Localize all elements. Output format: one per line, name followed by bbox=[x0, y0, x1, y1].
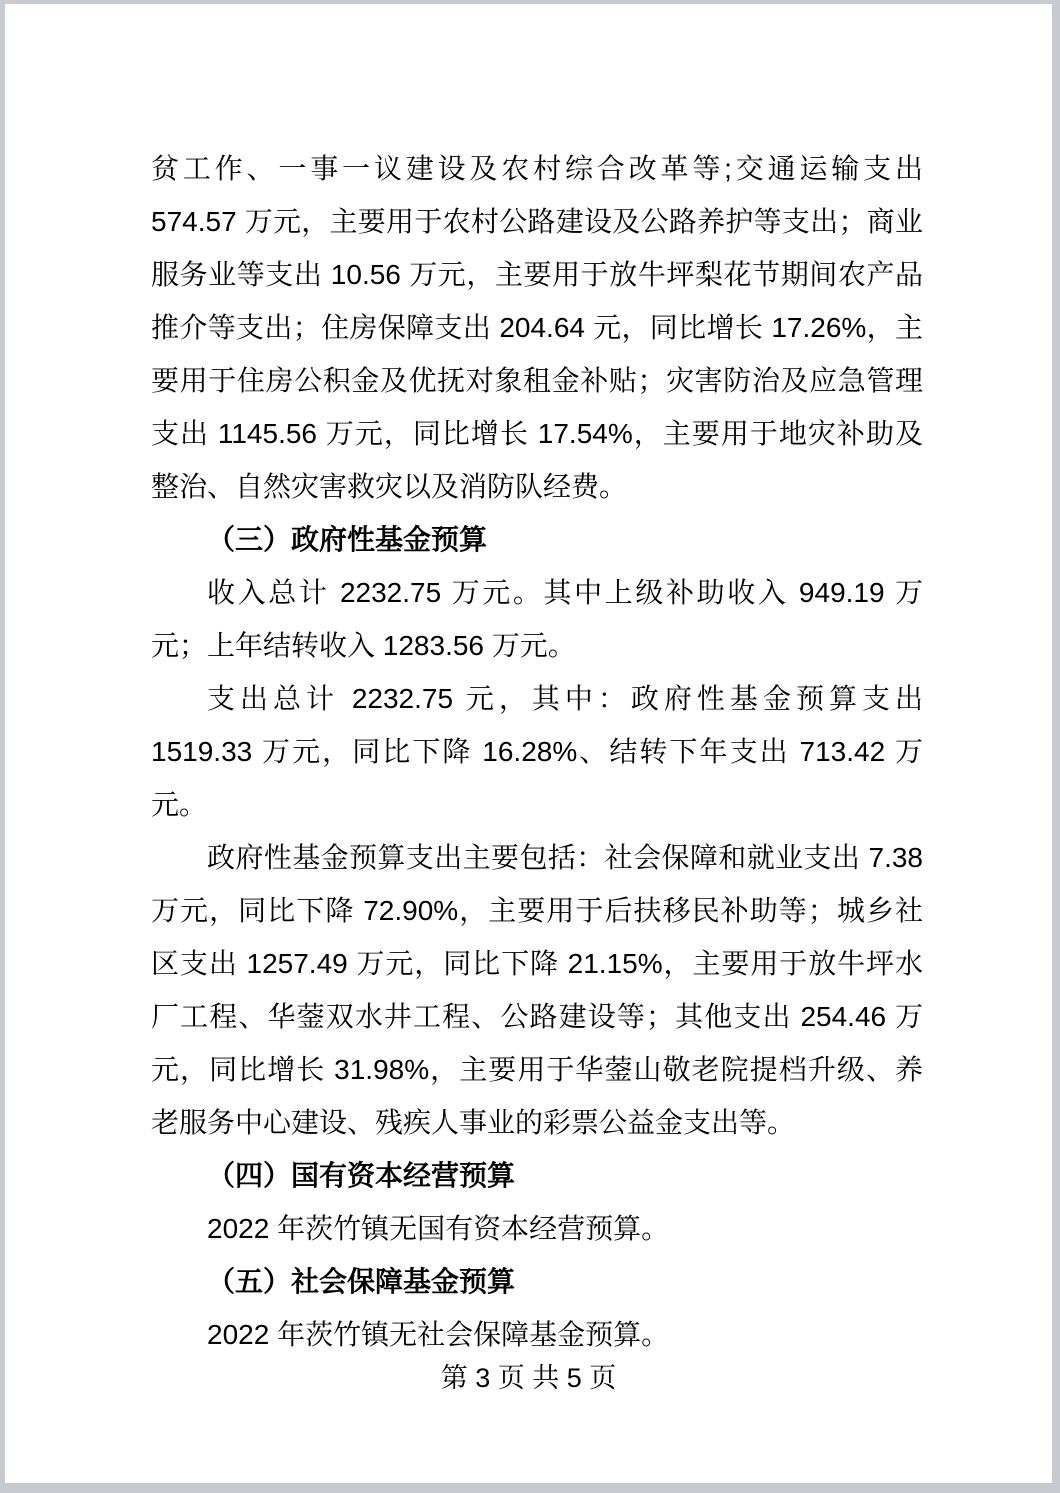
section-heading-state-capital-budget: （四）国有资本经营预算 bbox=[151, 1149, 923, 1202]
paragraph-social-security-note: 2022 年茨竹镇无社会保障基金预算。 bbox=[151, 1308, 923, 1361]
section-heading-government-fund-budget: （三）政府性基金预算 bbox=[151, 513, 923, 566]
page-footer: 第 3 页 共 5 页 bbox=[5, 1362, 1052, 1394]
paragraph-fund-expenditure-detail: 政府性基金预算支出主要包括：社会保障和就业支出 7.38 万元，同比下降 72.… bbox=[151, 831, 923, 1149]
document-page: 贫工作、一事一议建设及农村综合改革等;交通运输支出 574.57 万元，主要用于… bbox=[5, 4, 1052, 1483]
paragraph-state-capital-note: 2022 年茨竹镇无国有资本经营预算。 bbox=[151, 1202, 923, 1255]
paragraph-expenditure-continuation: 贫工作、一事一议建设及农村综合改革等;交通运输支出 574.57 万元，主要用于… bbox=[151, 142, 923, 513]
page-number-label: 第 3 页 共 5 页 bbox=[441, 1363, 617, 1393]
scan-background: { "colors": { "scan_background": "#c7cbc… bbox=[0, 0, 1060, 1493]
paragraph-fund-income: 收入总计 2232.75 万元。其中上级补助收入 949.19 万元；上年结转收… bbox=[151, 566, 923, 672]
document-body: 贫工作、一事一议建设及农村综合改革等;交通运输支出 574.57 万元，主要用于… bbox=[151, 142, 923, 1361]
paragraph-fund-expenditure-total: 支出总计 2232.75 元，其中：政府性基金预算支出 1519.33 万元，同… bbox=[151, 672, 923, 831]
section-heading-social-security-fund-budget: （五）社会保障基金预算 bbox=[151, 1255, 923, 1308]
